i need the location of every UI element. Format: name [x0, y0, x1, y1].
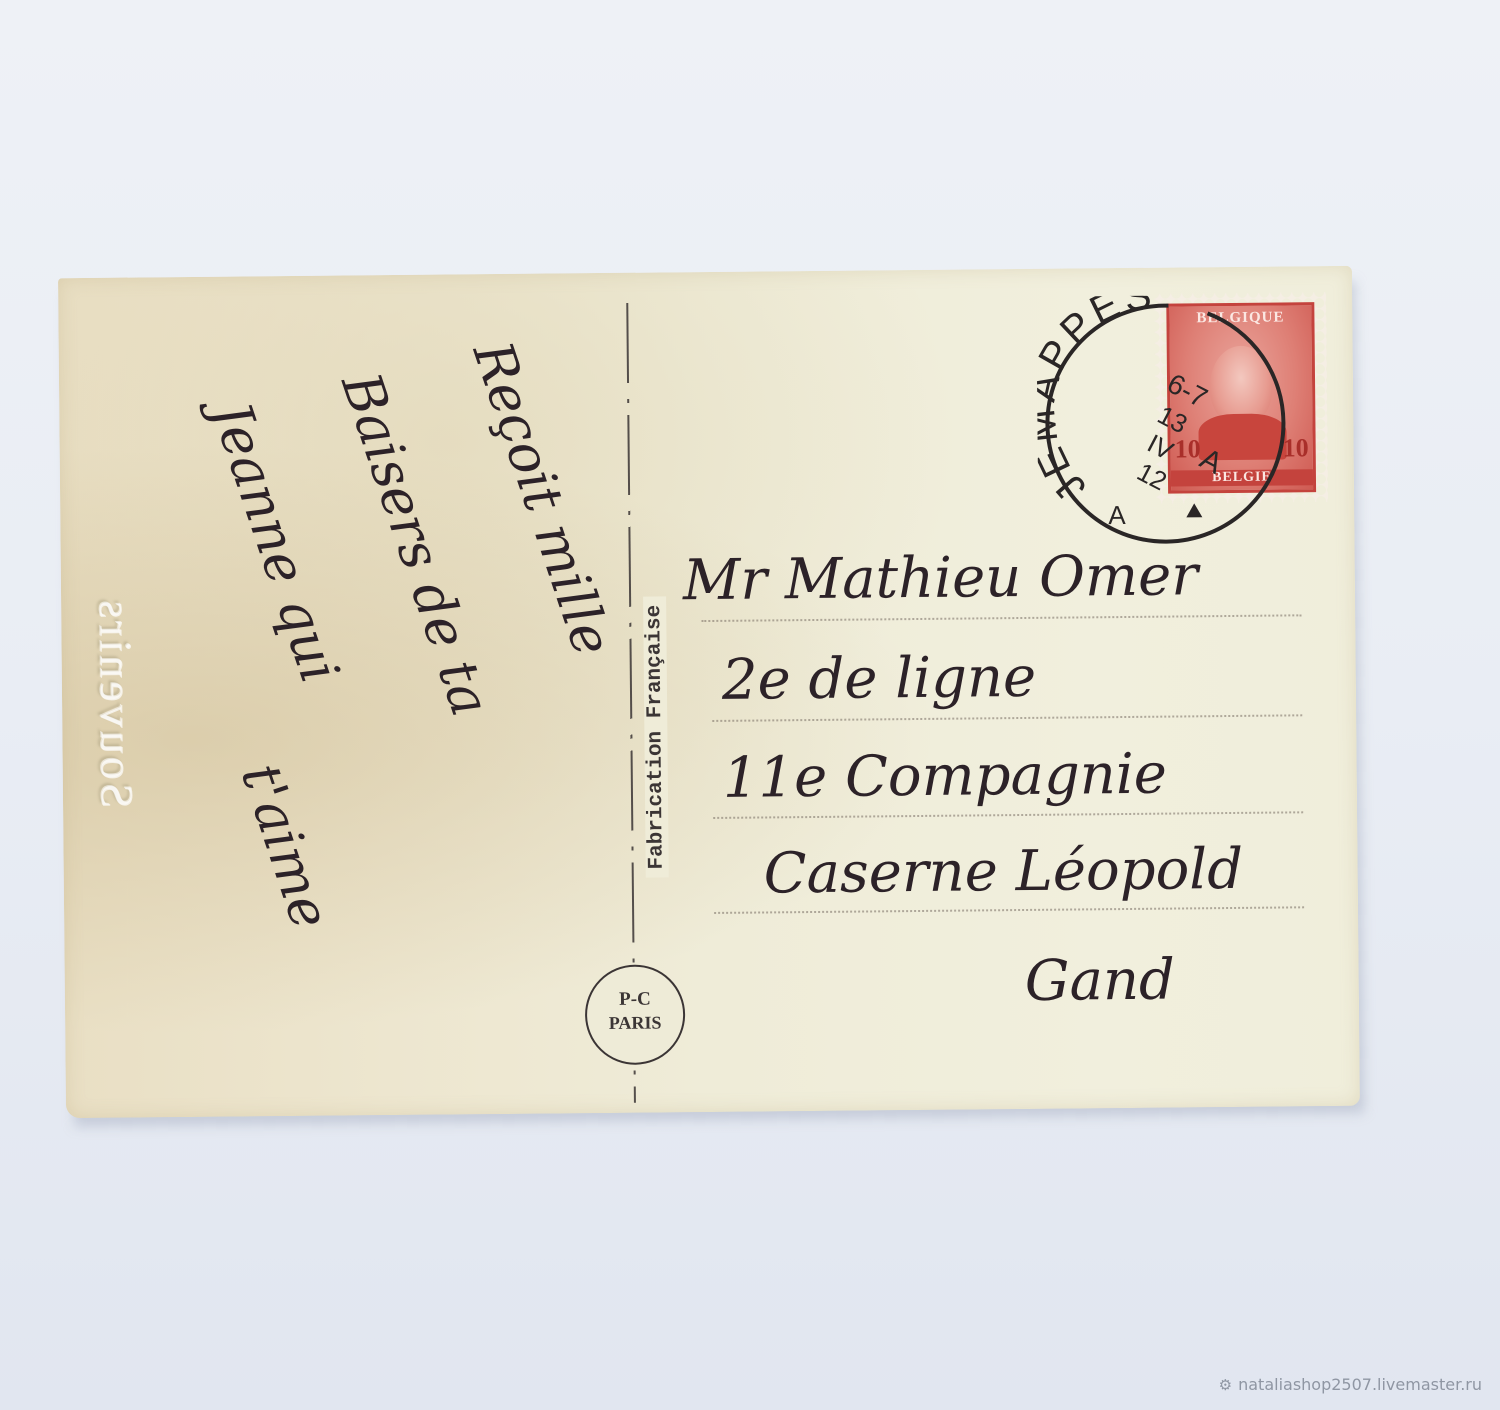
- watermark-text: nataliashop2507.livemaster.ru: [1238, 1375, 1482, 1394]
- publisher-text: Fabrication Française: [643, 597, 669, 878]
- address-rule-4: [714, 906, 1304, 914]
- postmark-cancellation: JEMAPPES 6-7 13 IV 12 A A: [1036, 294, 1294, 552]
- publisher-mark: P-C PARIS: [585, 964, 686, 1065]
- postmark-letter-bottom: A: [1108, 500, 1126, 530]
- watermark-credit: ⚙nataliashop2507.livemaster.ru: [1219, 1375, 1482, 1394]
- message-line-4: t'aime: [229, 756, 343, 936]
- address-rule-1: [701, 614, 1301, 622]
- address-line-4: Caserne Léopold: [763, 837, 1243, 907]
- address-line-5: Gand: [1024, 948, 1175, 1014]
- address-line-2: 2e de ligne: [722, 645, 1037, 713]
- publisher-mark-line1: P-C: [587, 988, 683, 1011]
- address-line-3: 11e Compagnie: [723, 742, 1168, 811]
- message-line-3: Jeanne qui: [199, 394, 351, 690]
- gear-icon: ⚙: [1219, 1376, 1232, 1394]
- postmark-triangle-icon: [1186, 503, 1202, 517]
- publisher-mark-line2: PARIS: [587, 1012, 683, 1034]
- address-line-1: Mr Mathieu Omer: [683, 543, 1199, 613]
- message-line-2: Baisers de ta: [329, 365, 502, 724]
- postcard: Souvenirs Reçoit mille Baisers de ta Jea…: [58, 266, 1360, 1118]
- postmark-letter: A: [1195, 442, 1228, 481]
- address-rule-3: [713, 811, 1303, 819]
- message-line-1: Reçoit mille: [461, 334, 625, 664]
- embossed-souvenir-text: Souvenirs: [88, 596, 143, 807]
- address-rule-2: [712, 714, 1302, 722]
